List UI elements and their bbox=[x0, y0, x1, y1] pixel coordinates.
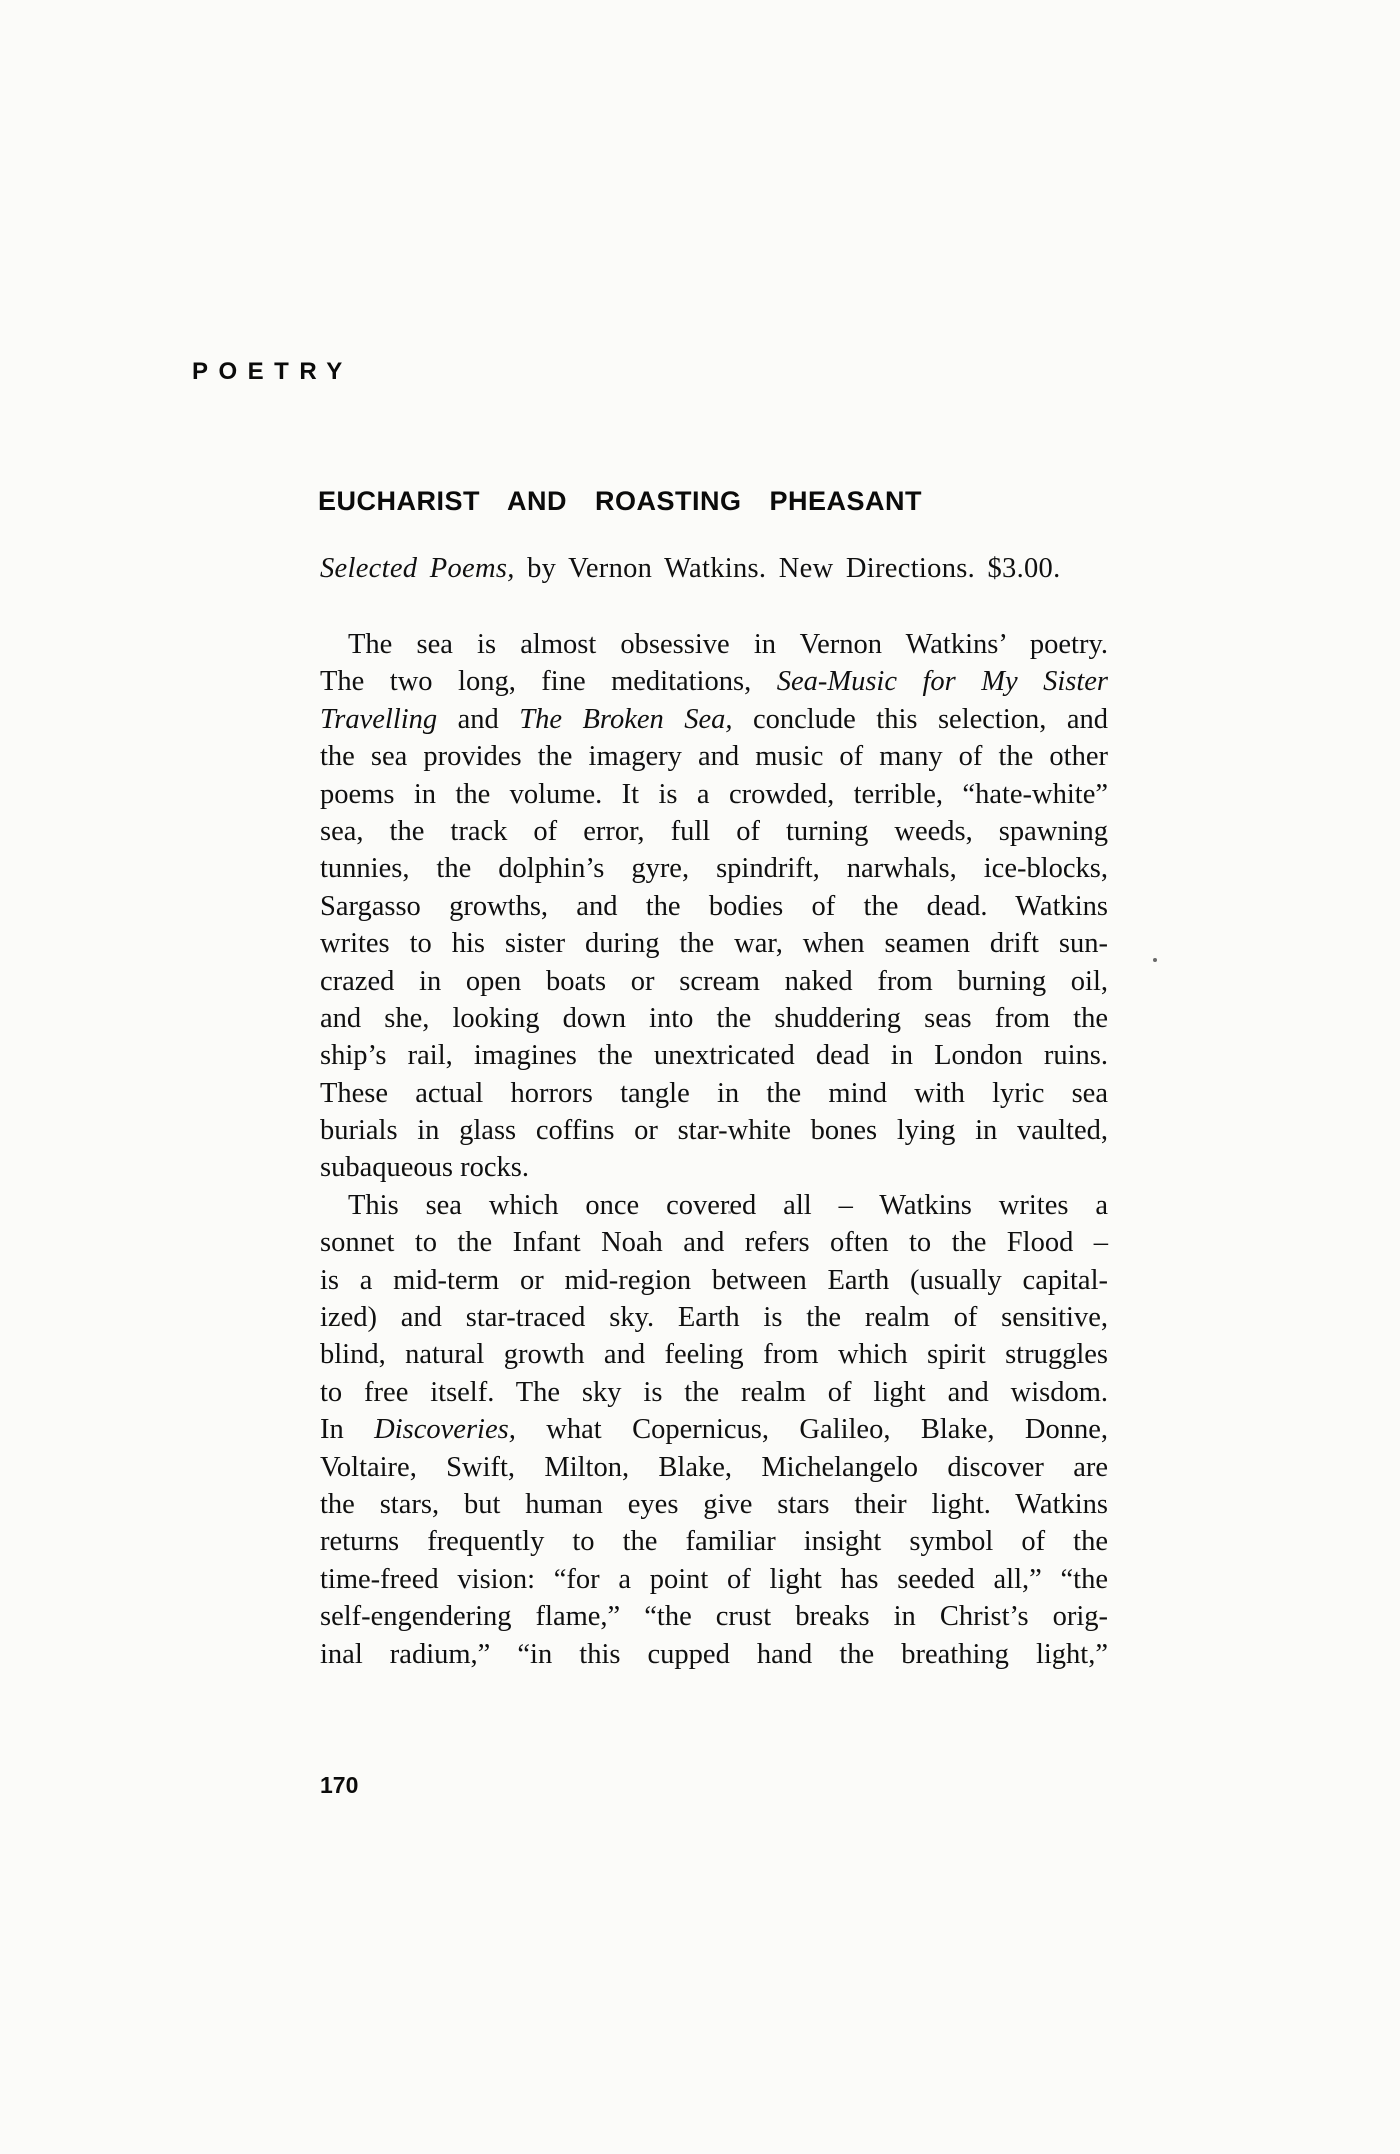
body-text: The sea is almost obsessive in Vernon Wa… bbox=[320, 626, 1108, 1673]
paragraph: This sea which once covered all – Watkin… bbox=[320, 1187, 1108, 1673]
book-page: POETRY EUCHARIST AND ROASTING PHEASANT S… bbox=[0, 0, 1400, 2154]
scan-speck bbox=[1153, 958, 1157, 962]
citation-work-title: Selected Poems, bbox=[320, 553, 515, 584]
text-line: inal radium,” “in this cupped hand the b… bbox=[320, 1636, 1108, 1673]
text-line: time-freed vision: “for a point of light… bbox=[320, 1561, 1108, 1598]
citation: Selected Poems, by Vernon Watkins. New D… bbox=[320, 553, 1120, 584]
paragraph: The sea is almost obsessive in Vernon Wa… bbox=[320, 626, 1108, 1187]
text-line: returns frequently to the familiar insig… bbox=[320, 1523, 1108, 1560]
text-line: and she, looking down into the shudderin… bbox=[320, 1000, 1108, 1037]
text-line: writes to his sister during the war, whe… bbox=[320, 925, 1108, 962]
text-line: sonnet to the Infant Noah and refers oft… bbox=[320, 1224, 1108, 1261]
text-line: The sea is almost obsessive in Vernon Wa… bbox=[320, 626, 1108, 663]
text-line: The two long, fine meditations, Sea-Musi… bbox=[320, 663, 1108, 700]
text-line: Voltaire, Swift, Milton, Blake, Michelan… bbox=[320, 1449, 1108, 1486]
text-line: to free itself. The sky is the realm of … bbox=[320, 1374, 1108, 1411]
text-line: blind, natural growth and feeling from w… bbox=[320, 1336, 1108, 1373]
text-line: poems in the volume. It is a crowded, te… bbox=[320, 776, 1108, 813]
text-line: the stars, but human eyes give stars the… bbox=[320, 1486, 1108, 1523]
text-line: Travelling and The Broken Sea, conclude … bbox=[320, 701, 1108, 738]
scan-speck bbox=[728, 1211, 731, 1214]
text-line: This sea which once covered all – Watkin… bbox=[320, 1187, 1108, 1224]
text-line: ship’s rail, imagines the unextricated d… bbox=[320, 1037, 1108, 1074]
review-title: EUCHARIST AND ROASTING PHEASANT bbox=[318, 488, 922, 515]
text-line: subaqueous rocks. bbox=[320, 1149, 1108, 1186]
citation-details: by Vernon Watkins. New Directions. $3.00… bbox=[515, 553, 1061, 584]
text-line: ized) and star-traced sky. Earth is the … bbox=[320, 1299, 1108, 1336]
section-header: POETRY bbox=[192, 360, 353, 384]
text-line: sea, the track of error, full of turning… bbox=[320, 813, 1108, 850]
text-line: These actual horrors tangle in the mind … bbox=[320, 1075, 1108, 1112]
text-line: Sargasso growths, and the bodies of the … bbox=[320, 888, 1108, 925]
text-line: In Discoveries, what Copernicus, Galileo… bbox=[320, 1411, 1108, 1448]
text-line: the sea provides the imagery and music o… bbox=[320, 738, 1108, 775]
text-line: is a mid-term or mid-region between Eart… bbox=[320, 1262, 1108, 1299]
text-line: burials in glass coffins or star-white b… bbox=[320, 1112, 1108, 1149]
text-line: tunnies, the dolphin’s gyre, spindrift, … bbox=[320, 850, 1108, 887]
text-line: crazed in open boats or scream naked fro… bbox=[320, 963, 1108, 1000]
page-number: 170 bbox=[320, 1774, 358, 1797]
text-line: self-engendering flame,” “the crust brea… bbox=[320, 1598, 1108, 1635]
